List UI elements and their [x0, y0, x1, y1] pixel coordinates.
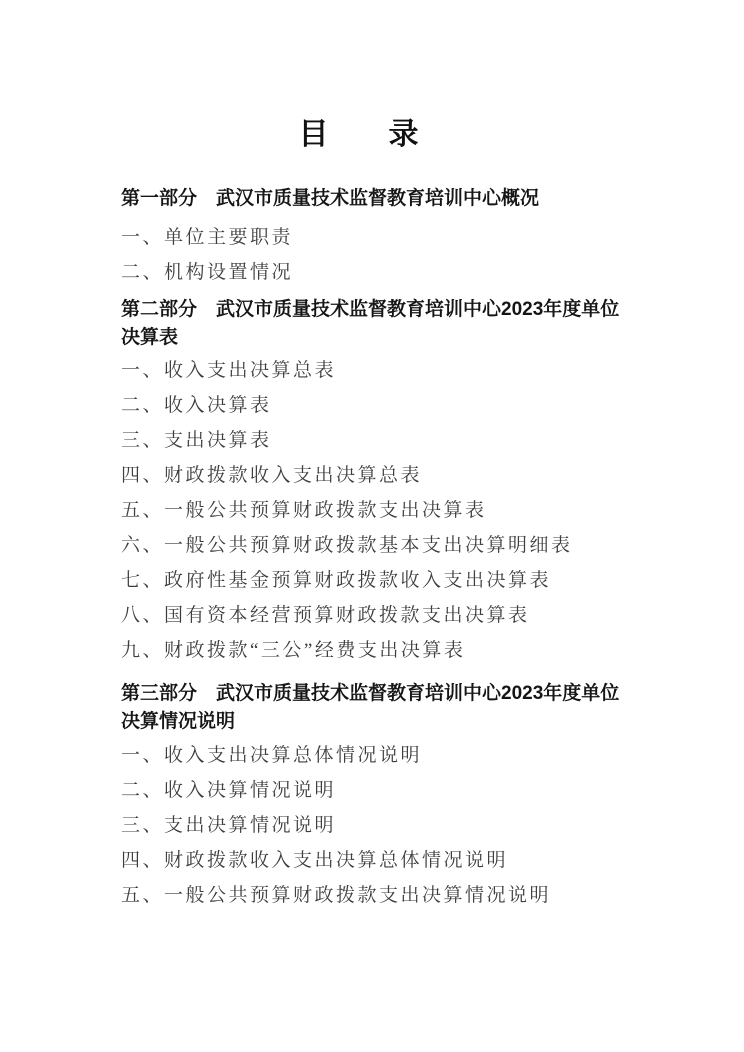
section-2-items: 一、收入支出决算总表 二、收入决算表 三、支出决算表 四、财政拨款收入支出决算总… — [121, 353, 624, 668]
section-3-heading-line-2: 决算情况说明 — [121, 708, 624, 736]
toc-item: 一、收入支出决算总表 — [121, 353, 624, 388]
toc-item: 八、国有资本经营预算财政拨款支出决算表 — [121, 598, 624, 633]
toc-item: 二、收入决算情况说明 — [121, 773, 624, 808]
section-2-heading-line-2: 决算表 — [121, 324, 624, 352]
toc-item: 六、一般公共预算财政拨款基本支出决算明细表 — [121, 528, 624, 563]
section-1-heading: 第一部分 武汉市质量技术监督教育培训中心概况 — [121, 185, 624, 213]
toc-item: 一、收入支出决算总体情况说明 — [121, 738, 624, 773]
section-2-heading: 第二部分 武汉市质量技术监督教育培训中心2023年度单位 决算表 — [121, 296, 624, 352]
toc-item: 一、单位主要职责 — [121, 220, 624, 255]
document-page: 目 录 第一部分 武汉市质量技术监督教育培训中心概况 一、单位主要职责 二、机构… — [0, 0, 744, 1052]
section-1-heading-line: 第一部分 武汉市质量技术监督教育培训中心概况 — [121, 185, 624, 213]
toc-title: 目 录 — [107, 118, 610, 151]
toc-item: 四、财政拨款收入支出决算总表 — [121, 458, 624, 493]
section-1-items: 一、单位主要职责 二、机构设置情况 — [121, 220, 624, 290]
toc-item: 五、一般公共预算财政拨款支出决算情况说明 — [121, 878, 624, 913]
section-2-heading-line-1: 第二部分 武汉市质量技术监督教育培训中心2023年度单位 — [121, 296, 624, 324]
toc-item: 七、政府性基金预算财政拨款收入支出决算表 — [121, 563, 624, 598]
section-3-items: 一、收入支出决算总体情况说明 二、收入决算情况说明 三、支出决算情况说明 四、财… — [121, 738, 624, 913]
section-3-heading-line-1: 第三部分 武汉市质量技术监督教育培训中心2023年度单位 — [121, 680, 624, 708]
toc-item: 九、财政拨款“三公”经费支出决算表 — [121, 633, 624, 668]
section-3-heading: 第三部分 武汉市质量技术监督教育培训中心2023年度单位 决算情况说明 — [121, 680, 624, 736]
toc-content: 目 录 第一部分 武汉市质量技术监督教育培训中心概况 一、单位主要职责 二、机构… — [0, 0, 744, 913]
toc-item: 二、机构设置情况 — [121, 255, 624, 290]
toc-item: 二、收入决算表 — [121, 388, 624, 423]
toc-item: 四、财政拨款收入支出决算总体情况说明 — [121, 843, 624, 878]
toc-item: 三、支出决算表 — [121, 423, 624, 458]
toc-item: 三、支出决算情况说明 — [121, 808, 624, 843]
toc-item: 五、一般公共预算财政拨款支出决算表 — [121, 493, 624, 528]
